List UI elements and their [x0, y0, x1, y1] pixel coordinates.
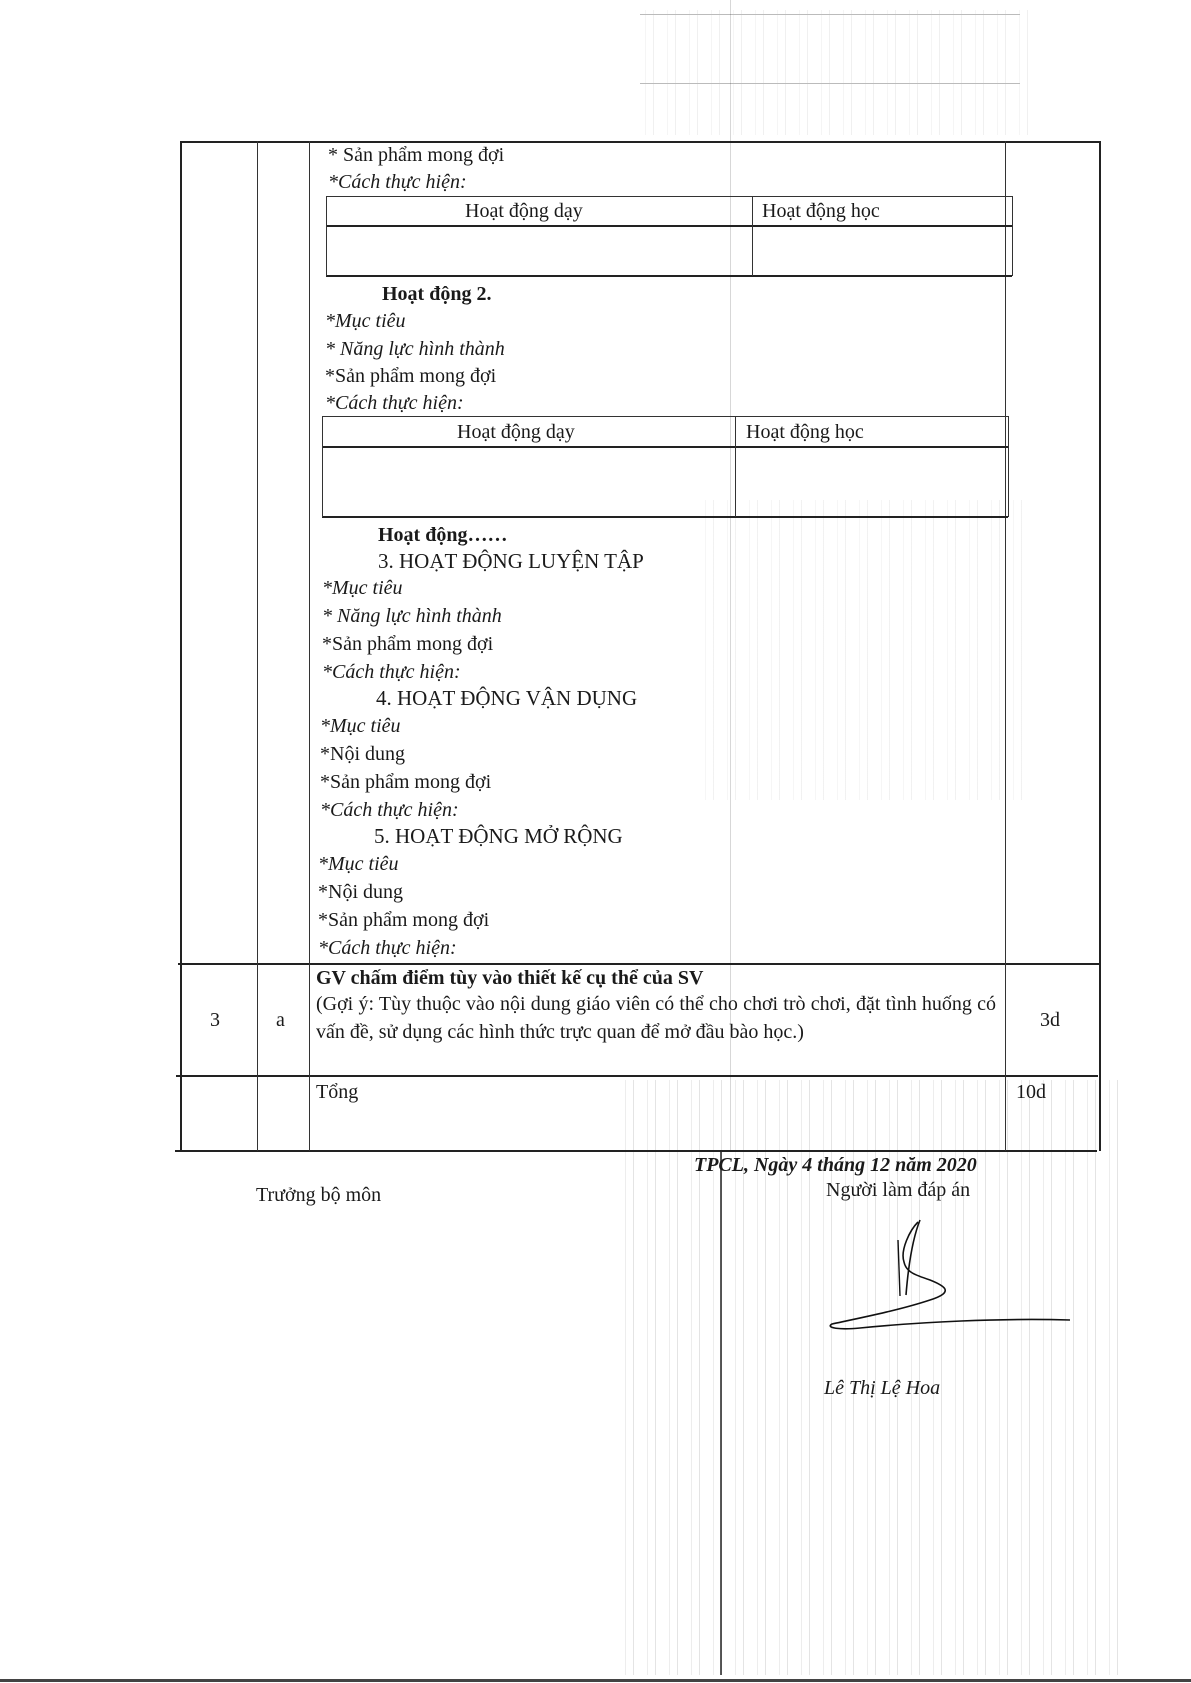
row3-heading: GV chấm điểm tùy vào thiết kế cụ thể của… — [316, 968, 703, 988]
date-line: TPCL, Ngày 4 tháng 12 năm 2020 — [694, 1155, 977, 1175]
t2-left — [322, 416, 323, 517]
total-row-top-border — [176, 1075, 1098, 1077]
extension-expected-product: *Sản phẩm mong đợi — [318, 910, 489, 930]
practice-method: *Cách thực hiện: — [322, 662, 461, 682]
activity2-competency: * Năng lực hình thành — [325, 339, 505, 359]
extension-method: *Cách thực hiện: — [318, 938, 457, 958]
col-score-divider — [1005, 141, 1006, 1151]
t2-top — [322, 416, 1008, 417]
activity2-title: Hoạt động 2. — [382, 284, 491, 304]
activity2-method: *Cách thực hiện: — [325, 393, 464, 413]
row3-hint: (Gợi ý: Tùy thuộc vào nội dung giáo viên… — [316, 990, 996, 1046]
signature — [820, 1200, 1070, 1330]
extension-title: 5. HOẠT ĐỘNG MỞ RỘNG — [374, 826, 623, 847]
practice-title: 3. HOẠT ĐỘNG LUYỆN TẬP — [378, 551, 644, 572]
t2-divider — [735, 416, 736, 517]
application-expected-product: *Sản phẩm mong đợi — [320, 772, 491, 792]
application-goal: *Mục tiêu — [320, 716, 401, 736]
col-question-divider — [257, 141, 258, 1151]
table-bottom-border — [175, 1150, 1097, 1152]
activity2-goal: *Mục tiêu — [325, 311, 406, 331]
table-right-border — [1099, 141, 1101, 1151]
scan-dash-top-2 — [640, 83, 1020, 84]
t1-header-teaching: Hoạt động dạy — [465, 201, 583, 221]
extension-goal: *Mục tiêu — [318, 854, 399, 874]
col-part-divider — [309, 141, 310, 1151]
t2-right — [1008, 416, 1009, 517]
practice-goal: *Mục tiêu — [322, 578, 403, 598]
t2-bottom — [322, 516, 1008, 518]
t2-header-learning: Hoạt động học — [746, 422, 864, 442]
practice-competency: * Năng lực hình thành — [322, 606, 502, 626]
expected-product-1: * Sản phẩm mong đợi — [328, 145, 504, 165]
t1-left — [326, 196, 327, 276]
table-top-border — [181, 141, 1101, 143]
activity-more-title: Hoạt động…… — [378, 525, 507, 545]
scan-bottom-edge — [0, 1679, 1191, 1682]
t1-header-learning: Hoạt động học — [762, 201, 880, 221]
application-content: *Nội dung — [320, 744, 405, 764]
scan-dash-top-1 — [640, 14, 1020, 15]
total-score: 10d — [1016, 1082, 1046, 1102]
application-method: *Cách thực hiện: — [320, 800, 459, 820]
author-name: Lê Thị Lệ Hoa — [824, 1378, 940, 1398]
t1-top — [326, 196, 1012, 197]
practice-expected-product: *Sản phẩm mong đợi — [322, 634, 493, 654]
row3-score: 3d — [1040, 1010, 1060, 1030]
scan-noise-top — [640, 10, 1040, 135]
row3-question-number: 3 — [210, 1010, 220, 1030]
scan-vertical-line-faint — [730, 0, 731, 1150]
scan-vertical-line — [720, 1150, 722, 1675]
row3-part: a — [276, 1010, 285, 1030]
activity2-expected-product: *Sản phẩm mong đợi — [325, 366, 496, 386]
t1-header-bottom — [326, 225, 1012, 227]
application-title: 4. HOẠT ĐỘNG VẬN DỤNG — [376, 688, 637, 709]
t1-divider — [752, 196, 753, 276]
extension-content: *Nội dung — [318, 882, 403, 902]
method-1: *Cách thực hiện: — [328, 172, 467, 192]
scan-noise-mid — [700, 500, 1030, 800]
t2-header-teaching: Hoạt động dạy — [457, 422, 575, 442]
t1-right — [1012, 196, 1013, 276]
row3-top-border — [178, 963, 1100, 965]
t2-header-bottom — [322, 446, 1008, 448]
author-title: Người làm đáp án — [826, 1180, 970, 1200]
t1-bottom — [326, 275, 1012, 277]
total-label: Tổng — [316, 1082, 358, 1102]
table-left-border — [180, 141, 182, 1151]
dept-head-label: Trưởng bộ môn — [256, 1185, 381, 1205]
